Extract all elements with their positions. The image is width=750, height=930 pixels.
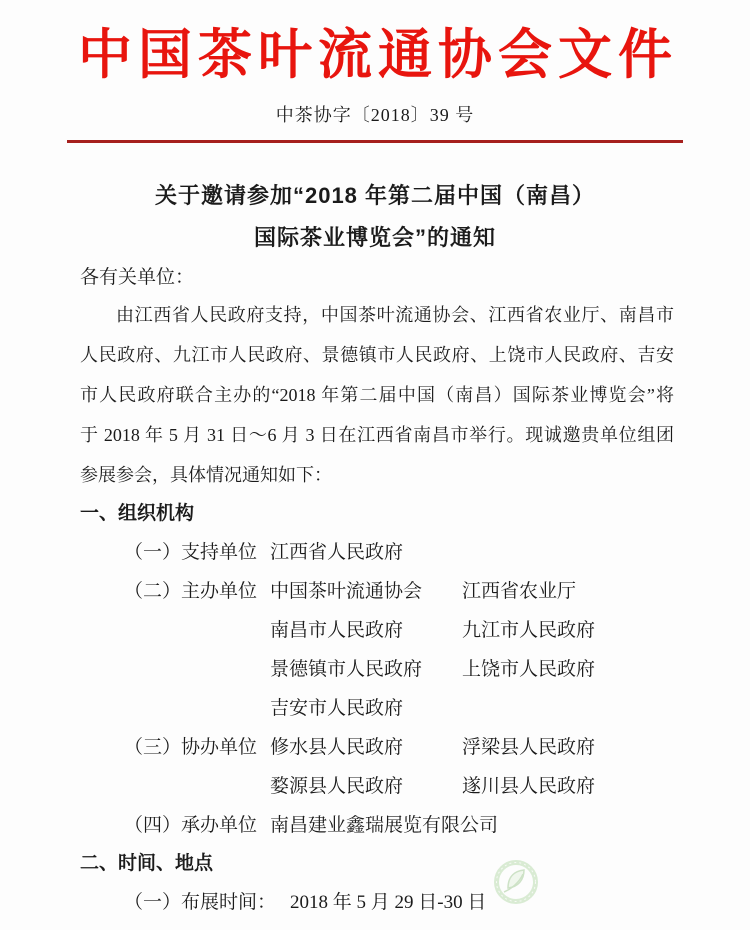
org-row-col2: 遂川县人民政府	[462, 767, 595, 806]
org-row-col2: 上饶市人民政府	[462, 650, 595, 689]
paragraph-line: 市人民政府联合主办的“2018 年第二届中国（南昌）国际茶业博览会”将	[80, 375, 674, 415]
document-page: 中国茶叶流通协会文件 中茶协字〔2018〕39 号 关于邀请参加“2018 年第…	[0, 0, 750, 930]
org-row-col1: 南昌市人民政府	[270, 611, 462, 650]
setup-time-value: 2018 年 5 月 29 日-30 日	[290, 883, 486, 922]
org-row-col2: 浮梁县人民政府	[462, 728, 595, 767]
document-header-title: 中国茶叶流通协会文件	[0, 24, 750, 86]
setup-time-label: （一）布展时间：	[124, 883, 276, 922]
document-number: 中茶协字〔2018〕39 号	[0, 102, 750, 128]
section-heading-time-place: 二、时间、地点	[80, 845, 750, 883]
org-row-col1: 景德镇市人民政府	[270, 650, 462, 689]
org-row-label: （一）支持单位	[124, 533, 270, 572]
org-row-label: （三）协办单位	[124, 728, 270, 767]
org-row-label: （四）承办单位	[124, 806, 270, 845]
paragraph-line: 由江西省人民政府支持，中国茶叶流通协会、江西省农业厅、南昌市	[80, 295, 674, 335]
org-row-label: （二）主办单位	[124, 572, 270, 611]
paragraph-line: 人民政府、九江市人民政府、景德镇市人民政府、上饶市人民政府、吉安	[80, 335, 674, 375]
org-row-host: （二）主办单位 中国茶叶流通协会 江西省农业厅	[124, 572, 750, 611]
org-row-col1: 吉安市人民政府	[270, 689, 462, 728]
org-row-label	[124, 611, 270, 650]
section-heading-organization: 一、组织机构	[80, 495, 750, 533]
org-row-host-cont: 景德镇市人民政府 上饶市人民政府	[124, 650, 750, 689]
org-row-host-cont: 吉安市人民政府	[124, 689, 750, 728]
org-row-support: （一）支持单位 江西省人民政府	[124, 533, 750, 572]
notice-title-line1: 关于邀请参加“2018 年第二届中国（南昌）	[0, 175, 750, 217]
salutation: 各有关单位：	[80, 261, 750, 295]
org-row-col1: 南昌建业鑫瑞展览有限公司	[270, 806, 498, 845]
org-row-label	[124, 689, 270, 728]
org-row-undertaker: （四）承办单位 南昌建业鑫瑞展览有限公司	[124, 806, 750, 845]
intro-paragraph: 由江西省人民政府支持，中国茶叶流通协会、江西省农业厅、南昌市 人民政府、九江市人…	[80, 295, 674, 495]
org-row-col1: 江西省人民政府	[270, 533, 462, 572]
org-row-label	[124, 767, 270, 806]
org-row-coorganizer: （三）协办单位 修水县人民政府 浮梁县人民政府	[124, 728, 750, 767]
org-row-col2: 江西省农业厅	[462, 572, 576, 611]
org-row-host-cont: 南昌市人民政府 九江市人民政府	[124, 611, 750, 650]
org-row-label	[124, 650, 270, 689]
setup-time-row: （一）布展时间： 2018 年 5 月 29 日-30 日	[124, 883, 750, 922]
paragraph-line: 于 2018 年 5 月 31 日～6 月 3 日在江西省南昌市举行。现诚邀贵单…	[80, 415, 674, 455]
paragraph-line: 参展参会，具体情况通知如下：	[80, 455, 674, 495]
org-row-col1: 修水县人民政府	[270, 728, 462, 767]
notice-title-line2: 国际茶业博览会”的通知	[0, 217, 750, 259]
red-divider-line	[67, 140, 683, 143]
org-row-col1: 婺源县人民政府	[270, 767, 462, 806]
org-row-coorganizer-cont: 婺源县人民政府 遂川县人民政府	[124, 767, 750, 806]
org-row-col2: 九江市人民政府	[462, 611, 595, 650]
org-row-col1: 中国茶叶流通协会	[270, 572, 462, 611]
notice-title: 关于邀请参加“2018 年第二届中国（南昌） 国际茶业博览会”的通知	[0, 175, 750, 259]
